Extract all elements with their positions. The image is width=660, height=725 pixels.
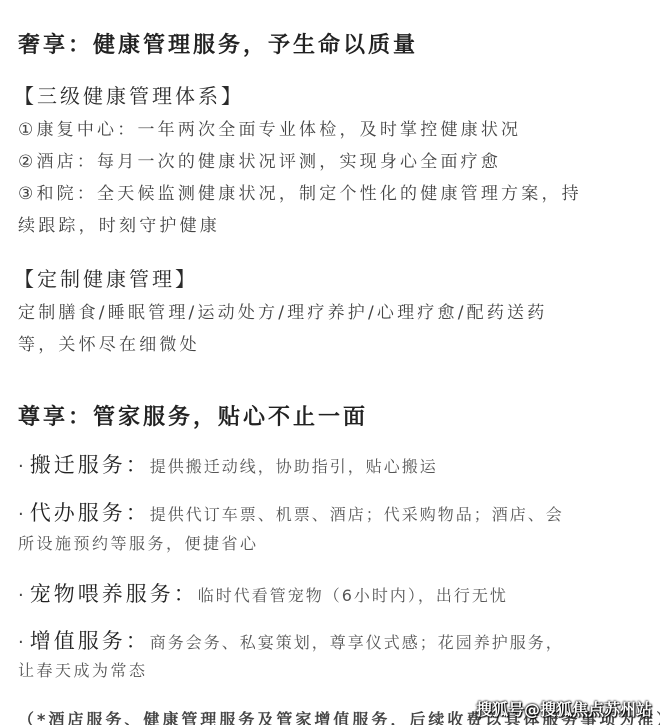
section-title-butler: 尊享：管家服务，贴心不止一面 [18, 400, 368, 431]
service-item-moving: ·搬迁服务：提供搬迁动线，协助指引，贴心搬运 [18, 449, 438, 479]
text-line: 定制膳食/睡眠管理/运动处方/理疗养护/心理疗愈/配药送药 [18, 298, 547, 323]
bullet-icon: · [18, 632, 24, 653]
text-line: ②酒店：每月一次的健康状况评测，实现身心全面疗愈 [18, 147, 501, 172]
service-desc-continued: 让春天成为常态 [18, 658, 148, 681]
text-line: ③和院：全天候监测健康状况，制定个性化的健康管理方案，持 [18, 179, 582, 204]
text-line: 等，关怀尽在细微处 [18, 330, 200, 355]
service-name: 代办服务： [30, 501, 150, 525]
bullet-icon: · [18, 504, 24, 525]
service-name: 宠物喂养服务： [30, 582, 198, 606]
text-line: ①康复中心：一年两次全面专业体检，及时掌控健康状况 [18, 115, 521, 140]
bullet-icon: · [18, 585, 24, 606]
document-page: 奢享：健康管理服务，予生命以质量 【三级健康管理体系】 ①康复中心：一年两次全面… [0, 0, 660, 725]
section-title-health: 奢享：健康管理服务，予生命以质量 [18, 28, 418, 59]
service-desc-continued: 所设施预约等服务，便捷省心 [18, 531, 259, 554]
subsection-heading-three-level: 【三级健康管理体系】 [14, 80, 244, 109]
text-line: 续跟踪，时刻守护健康 [18, 211, 220, 236]
watermark: 搜狐号@搜狐焦点苏州站 [476, 697, 652, 720]
subsection-heading-custom-health: 【定制健康管理】 [14, 263, 198, 292]
service-name: 增值服务： [30, 629, 150, 653]
service-item-pet: ·宠物喂养服务：临时代看管宠物（6小时内），出行无忧 [18, 578, 508, 608]
service-name: 搬迁服务： [30, 453, 150, 477]
service-desc: 提供代订车票、机票、酒店；代采购物品；酒店、会 [150, 505, 564, 524]
service-desc: 临时代看管宠物（6小时内），出行无忧 [198, 586, 508, 605]
bullet-icon: · [18, 456, 24, 477]
service-item-errands: ·代办服务：提供代订车票、机票、酒店；代采购物品；酒店、会 [18, 497, 564, 527]
service-desc: 商务会务、私宴策划，尊享仪式感；花园养护服务， [150, 633, 564, 652]
service-desc: 提供搬迁动线，协助指引，贴心搬运 [150, 457, 438, 476]
service-item-value-added: ·增值服务：商务会务、私宴策划，尊享仪式感；花园养护服务， [18, 625, 564, 655]
